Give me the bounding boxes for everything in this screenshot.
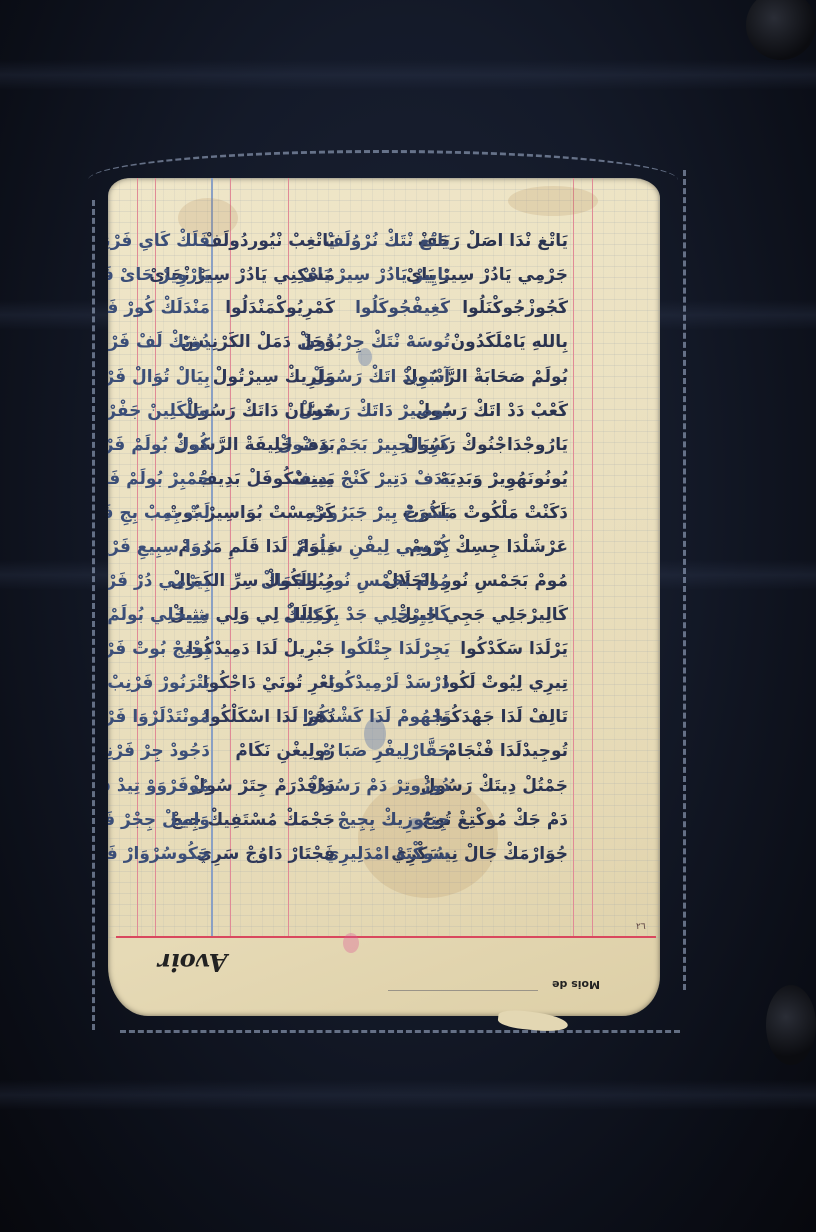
text-line: جُوَارْمَكْ جَالْ نِيسَكْرِي سُوكْتَهْ ا… [108,839,660,869]
verse-segment: يَرْلَدَا سَكَدْكُوا [463,634,568,664]
ledger-total-line [116,936,656,938]
verse-refrain: دَجُودْ جِرْ فَرْنِبْ [118,736,210,766]
verse-segment: كُرْسِي لِيفْنِ سَلُومْ [350,532,450,562]
verse-segment: جُوَارْمَكْ جَالْ نِيسَكْرِي [463,839,568,869]
verse-segment: دَكَنْتْ مَلْكُوتْ مَلَكُوتْ [463,498,568,528]
verse-segment: بَايِيرْ يَادُرْ سِيرْ يَاىْ [350,260,450,290]
verse-refrain: بِيرْمِي دُرْ فَرْنِبْ [118,566,210,596]
verse-refrain: جَكُوسُرْوَارْ فَرْنِبْ [118,839,210,869]
verse-segment: كَجُوزْجُوكْنَلُوا [463,293,568,323]
verse-segment: كَرْمِسْتْ بُوَاسِيرْ بُوتْ [235,498,335,528]
verse-segment: مُومْ بَجَمْسِ نُورِ الجَمَالْ [350,566,450,596]
text-line: بُولَمْ صَحَابَةْ الرَّسُولْ آدْبَرِيدْ … [108,362,660,392]
verse-segment: كَغِيفْجُوكَلُوا [350,293,450,323]
verse-segment: مُسْكِنِي يَادُرْ سِيرْ نْجَاىْ [235,260,335,290]
text-line: تُوجِيدْلَدَا فْنْجَامْ حَقَّارْلِيفْرِ … [108,736,660,766]
verse-segment: كَمْرِيُوكْمَنْدَلُوا [235,293,335,323]
verse-segment: يُونُونَهُوِيرْ وَبَدِيَهْ [463,464,568,494]
text-line: دَكَنْتْ مَلْكُوتْ مَلَكُوتْ بَسْرَجْ بِ… [108,498,660,528]
verse-segment: مُومْ بَجَمْسِ نُورِ الجَلَالْ [463,566,568,596]
verse-segment: دِيوَارْ لَدَا قَلَمِ مَرُومْ [235,532,335,562]
verse-segment: مُبُولَكُوكْ سِرِّ الكَمَالْ [235,566,335,596]
verse-segment: تُوسَهْ نْتَكْ جِرْبُدُونْ [350,327,450,357]
verse-segment: كَعْبْ دَدْ اتَكْ رَسُولْ [463,396,568,426]
chalk-outline-bottom [120,1030,680,1033]
verse-refrain: مَنْدَلَكْ كُورْ فَرْنِبْ [118,293,210,323]
verse-segment: جَجْمَكْ مُسْتَفِيكْ جِيجْ [235,805,335,835]
verse-refrain: بَتْرَنُورْ فَرْنِبْ [118,668,210,698]
verse-segment: بَسْرَجْ بِيرْ جَبَرُوتْ [350,498,450,528]
verse-segment: بُوصِيرْ دَاتَكْ رَسُولْ [350,396,450,426]
verse-segment: يَاتْغ نْتَكْ نُرْوُلَفْ [350,226,450,256]
verse-segment: جَبْرِيلْ لَدَا دَمِيدْكُوا [235,634,335,664]
verse-segment: تُوجِيدْلَدَا فْنْجَامْ [463,736,568,766]
chalk-outline-left [92,200,95,1030]
text-line: كَجُوزْجُوكْنَلُوا كَغِيفْجُوكَلُوا كَمْ… [108,293,660,323]
verse-segment: جَمْتُلْ دِيتَكْ رَسُولْ [463,771,568,801]
verse-segment: بَدَفْ خَلِيفَةْ الرَّسُولْ [235,430,335,460]
verse-segment: رُولِيغْنِ نَكَامْ [235,736,335,766]
verse-refrain: شِيخَلِي بُولَمْ فَرْنِبْ [118,600,210,630]
verse-segment: بَعْرِ تُونَيْ دَاجْكُوا [235,668,335,698]
verse-segment: فَجْتَارْ دَاوُجْ سَرِي [235,839,335,869]
text-line: يَارُوجْدَاجْنُوكْ رَسُولْ كَرِيَالحِبِي… [108,430,660,460]
manuscript-page: يَاتْغ نْدَا اصَلْ رَجَفْ يَاتْغ نْتَكْ … [108,178,660,1016]
page-number-mark: ٢٦ [636,922,646,932]
verse-segment: آدْبَرِيدْ اتَكْ رَسُولْ [350,362,450,392]
verse-refrain: سَلْكَلِينْ جَفْرْنِبْ [118,396,210,426]
verse-segment: حَسَّانْ دَاتَكْ رَسُولْ [235,396,335,426]
verse-segment: عَرْشَلْدَا جِسِكْ بِرُومْ [463,532,568,562]
chalk-outline-right [683,170,686,990]
verse-segment: كَالِيرْجَلِي جَجِي جَبِيلْ [463,600,568,630]
verse-segment: يَجِرْلَدَا جِتْلَكُوا [350,634,450,664]
cloth-fold [0,1080,816,1110]
verse-refrain: دِوَا سِبِيعِ فَرْنِبْ [118,532,210,562]
printed-label-mois-de: Mois de [552,978,600,991]
verse-segment: بُولَمْ صَحَابَةْ الرَّسُولْ [463,362,568,392]
verse-segment: دُورُوتِرْ دَمْ رَسُولْ [350,771,450,801]
text-line: بِاللهِ يَامْلَكَدُونْ تُوسَهْ نْتَكْ جِ… [108,327,660,357]
verse-segment: دَمْ جَكْ مُوكْتِغْ تُوجْ [463,805,568,835]
verse-segment: بِاللهِ يَامْلَكَدُونْ [463,327,568,357]
text-line: كَعْبْ دَدْ اتَكْ رَسُولْ بُوصِيرْ دَاتَ… [108,396,660,426]
text-line: عَرْشَلْدَا جِسِكْ بِرُومْ كُرْسِي لِيفْ… [108,532,660,562]
text-line: يَاتْغ نْدَا اصَلْ رَجَفْ يَاتْغ نْتَكْ … [108,226,660,256]
verse-segment: جِتِبُوزِيكْ بِجِيجْ [350,805,450,835]
verse-refrain: وَاصِلْ جِجْرْ فَرْنِبْ [118,805,210,835]
text-line: مُومْ بَجَمْسِ نُورِ الجَلَالْ مُومْ بَج… [108,566,660,596]
printed-label-avoir: Avoir [158,948,227,977]
verse-segment: مَلَرِيكْ سِيرْتُولْ [235,362,335,392]
verse-segment: تَجْهُومْ لَدَا كَشْتُكُوا [350,702,450,732]
verse-refrain: دُوبَكْ لَفْ فَرْنِبْ [118,327,210,357]
verse-segment: كَالِيرْجَلِي جَدْ بِرْكِنِيلْ [350,600,450,630]
verse-segment: يَارُوجْدَاجْنُوكْ رَسُولْ [463,430,568,460]
verse-segment: كَمَالَكْ لِي وَلِي مِثِيلْ [235,600,335,630]
verse-segment: تِيرِي لِيُوتْ لَكُوا [463,668,568,698]
verse-segment: يَاتْغِبْ نْيُوردُولَفْ [235,226,335,256]
ink-blot-pink [343,933,359,953]
verse-segment: بَدَفْ دَتِيرْ كَنْجْ بَدِيفْ [350,464,450,494]
cloth-fold [0,60,816,90]
text-line: جَمْتُلْ دِيتَكْ رَسُولْ دُورُوتِرْ دَمْ… [108,771,660,801]
verse-refrain: مُونْتَدْلَرْوَا فَرْنِبْ [118,702,210,732]
water-stain [508,186,598,216]
verse-refrain: كُوكْ بُولَمْ فَرْنِبْ [118,430,210,460]
verse-segment: دَدْفَدْرَمْ جِتَرْ سُولْ [235,771,335,801]
verse-segment: كَرِيَالحِبِيرْ بَجَمْ وَصُولْ [350,430,450,460]
verse-segment: حَقَّارْلِيفْرِ صَبَا مْ [350,736,450,766]
verse-segment: يَاتْغ نْدَا اصَلْ رَجَفْ [463,226,568,256]
text-line: جَرْمِي يَادُرْ سِيرْ يَاىْ بَايِيرْ يَا… [108,260,660,290]
text-line: دَمْ جَكْ مُوكْتِغْ تُوجْ جِتِبُوزِيكْ ب… [108,805,660,835]
verse-refrain: بِيَالْ تُوَالْ فَرْنِبْ [118,362,210,392]
verse-segment: مِينِسْكُوفَلْ بَدِيفْ [235,464,335,494]
verse-refrain: مُوفَرْوَوْ تِيدْ فَرْنِبْ [118,771,210,801]
camera-equipment [766,985,816,1065]
verse-refrain: لَتْ بِمِبْ بِجِ فَرْنِبْ [118,498,210,528]
verse-refrain: بِجْنِجْ بُوتْ فَرْنِبْ [118,634,210,664]
text-line: تِيرِي لِيُوتْ لَكُوا دَرْسَدْ لَرْمِيدْ… [108,668,660,698]
text-line: يُونُونَهُوِيرْ وَبَدِيَهْ بَدَفْ دَتِير… [108,464,660,494]
month-field-line [388,990,538,991]
text-line: يَرْلَدَا سَكَدْكُوا يَجِرْلَدَا جِتْلَك… [108,634,660,664]
verse-segment: سُوكْتَهْ امْدَلِيرِي [350,839,450,869]
text-line: تَالِفْ لَدَا جَهْدَكُوا تَجْهُومْ لَدَا… [108,702,660,732]
verse-refrain: فَلَكْ كَاىِ فَرْنِبْ [118,226,210,256]
verse-segment: دَرْسَدْ لَرْمِيدْكُوا [350,668,450,698]
camera-equipment [746,0,816,60]
verse-refrain: يَارْوِيرْ حَاىْ فَرْنِبْ [118,260,210,290]
verse-segment: دَهَرْ لَدَا اسْكَلْكُوا [235,702,335,732]
verse-segment: وَجَلْ دَمَلْ الكَرْنِيشْ [235,327,335,357]
text-line: كَالِيرْجَلِي جَجِي جَبِيلْ كَالِيرْجَلِ… [108,600,660,630]
verse-refrain: جَمْبِرْ بُولَمْ فَرْنِبْ [118,464,210,494]
verse-segment: جَرْمِي يَادُرْ سِيرْ يَاىْ [463,260,568,290]
verse-segment: تَالِفْ لَدَا جَهْدَكُوا [463,702,568,732]
